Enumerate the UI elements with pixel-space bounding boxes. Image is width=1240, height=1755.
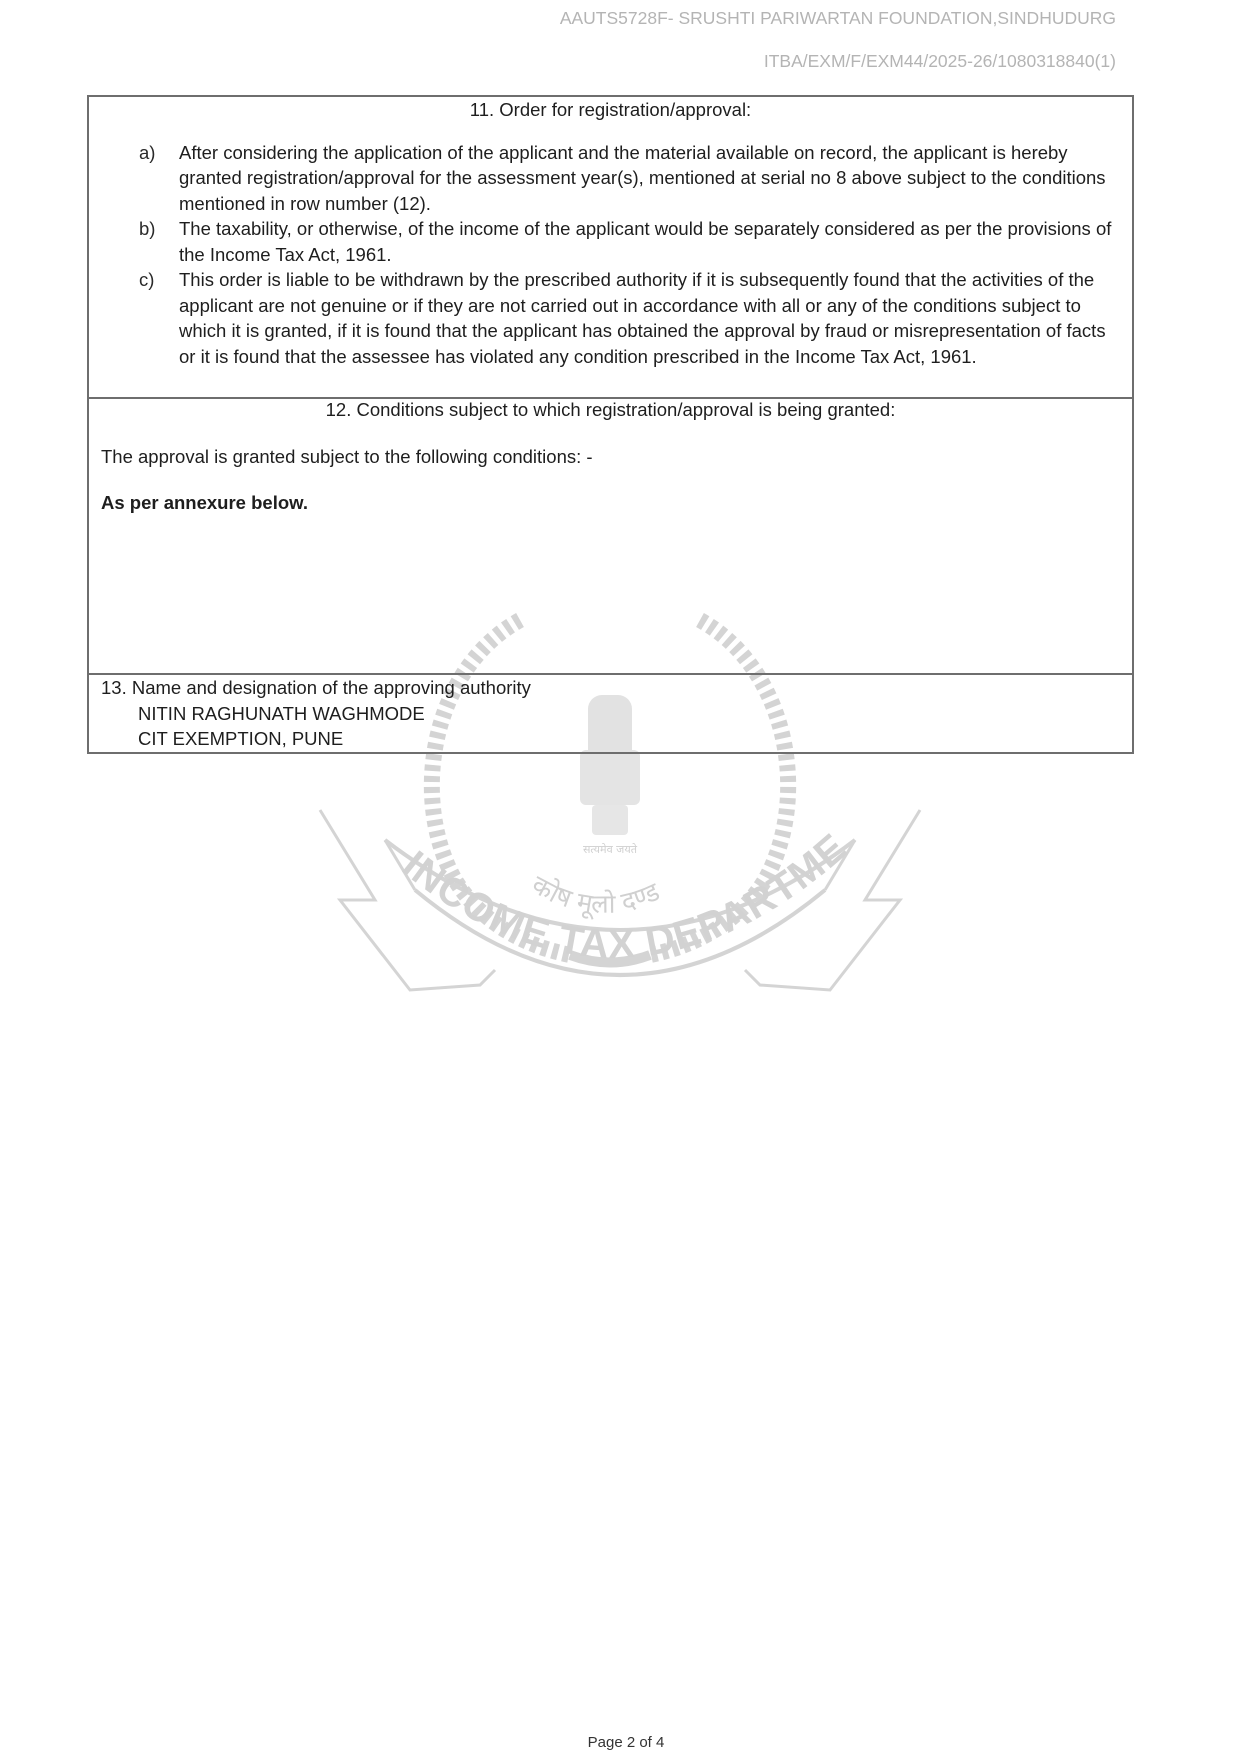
section-11-row: 11. Order for registration/approval: a) … (88, 96, 1133, 398)
item-label: b) (139, 216, 179, 267)
emblem-motto: सत्यमेव जयते (583, 843, 638, 856)
order-item-b: b) The taxability, or otherwise, of the … (89, 216, 1132, 267)
section-12-row: 12. Conditions subject to which registra… (88, 398, 1133, 674)
registration-order-table: 11. Order for registration/approval: a) … (87, 95, 1134, 754)
item-text: The taxability, or otherwise, of the inc… (179, 216, 1132, 267)
applicant-header: AAUTS5728F- SRUSHTI PARIWARTAN FOUNDATIO… (560, 8, 1116, 29)
item-label: c) (139, 267, 179, 369)
conditions-intro: The approval is granted subject to the f… (89, 444, 1132, 470)
reference-number: ITBA/EXM/F/EXM44/2025-26/1080318840(1) (764, 51, 1116, 72)
authority-name: NITIN RAGHUNATH WAGHMODE (89, 701, 1132, 727)
item-text: After considering the application of the… (179, 140, 1132, 217)
section-11-title: 11. Order for registration/approval: (89, 97, 1132, 123)
section-13-title: 13. Name and designation of the approvin… (89, 675, 1132, 701)
emblem-arc-motto: कोष मूलो दण्ड (527, 869, 666, 921)
page-number: Page 2 of 4 (0, 1734, 1240, 1751)
svg-text:कोष मूलो दण्ड: कोष मूलो दण्ड (527, 869, 666, 921)
annexure-note: As per annexure below. (89, 490, 1132, 516)
order-item-a: a) After considering the application of … (89, 140, 1132, 217)
order-items-list: a) After considering the application of … (89, 140, 1132, 370)
section-12-title: 12. Conditions subject to which registra… (89, 397, 1132, 423)
order-item-c: c) This order is liable to be withdrawn … (89, 267, 1132, 369)
item-text: This order is liable to be withdrawn by … (179, 267, 1132, 369)
item-label: a) (139, 140, 179, 217)
authority-designation: CIT EXEMPTION, PUNE (89, 726, 1132, 752)
section-13-row: 13. Name and designation of the approvin… (88, 674, 1133, 753)
